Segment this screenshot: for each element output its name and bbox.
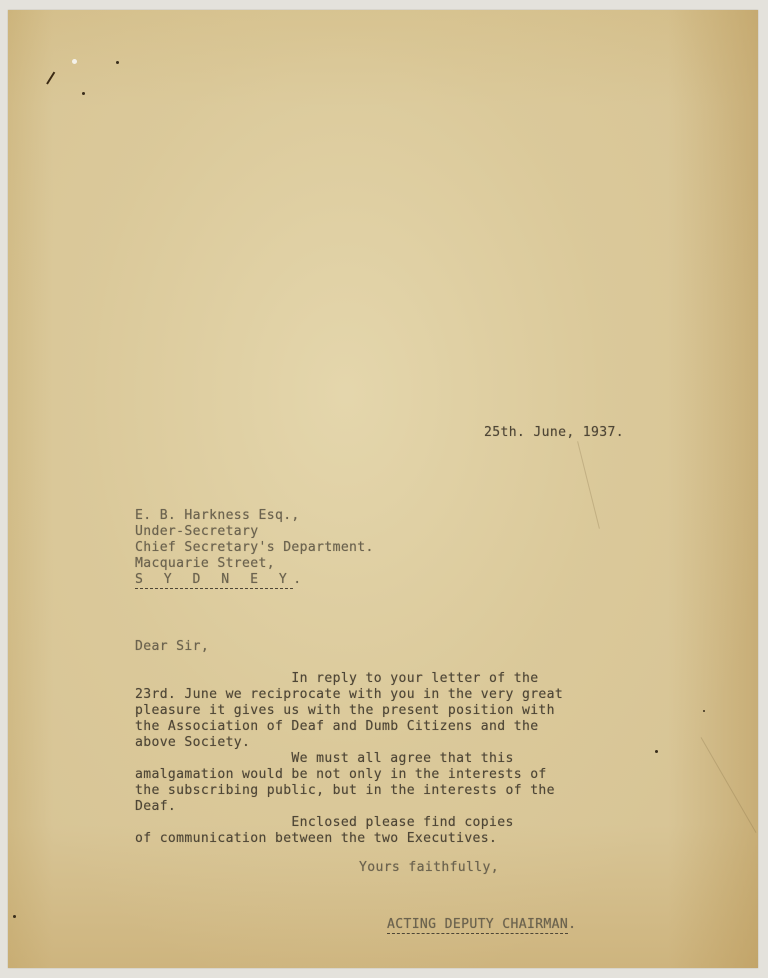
signature-period: . <box>568 917 576 932</box>
recipient-name: E. B. Harkness Esq., <box>135 508 300 524</box>
body-line: Deaf. <box>135 799 176 815</box>
body-line: Enclosed please find copies <box>135 815 514 831</box>
paper-crease <box>577 441 600 529</box>
salutation: Dear Sir, <box>135 639 209 655</box>
body-line: above Society. <box>135 735 250 751</box>
recipient-city-line: S Y D N E Y. <box>135 572 301 588</box>
body-line: 23rd. June we reciprocate with you in th… <box>135 687 563 703</box>
stain-dot <box>82 92 85 95</box>
stain-dot <box>13 915 16 918</box>
body-line: In reply to your letter of the <box>135 671 538 687</box>
body-line: We must all agree that this <box>135 751 514 767</box>
stain-dot <box>655 750 658 753</box>
recipient-department: Chief Secretary's Department. <box>135 540 374 556</box>
recipient-city: S Y D N E Y <box>135 572 293 589</box>
signature-title: ACTING DEPUTY CHAIRMAN <box>387 917 568 934</box>
recipient-title: Under-Secretary <box>135 524 259 540</box>
stain-dot <box>116 61 119 64</box>
letter-date: 25th. June, 1937. <box>484 425 624 441</box>
paper-crease <box>701 737 757 833</box>
stain-dot <box>703 710 705 712</box>
body-line: the Association of Deaf and Dumb Citizen… <box>135 719 538 735</box>
closing: Yours faithfully, <box>359 860 499 876</box>
signature-line: ACTING DEPUTY CHAIRMAN. <box>387 917 576 933</box>
body-line: amalgamation would be not only in the in… <box>135 767 547 783</box>
letter-page: 25th. June, 1937. E. B. Harkness Esq., U… <box>8 10 758 968</box>
punch-hole <box>72 59 77 64</box>
recipient-street: Macquarie Street, <box>135 556 275 572</box>
body-line: the subscribing public, but in the inter… <box>135 783 555 799</box>
recipient-city-period: . <box>293 572 301 587</box>
body-line: pleasure it gives us with the present po… <box>135 703 555 719</box>
body-line: of communication between the two Executi… <box>135 831 497 847</box>
pin-mark <box>46 72 55 85</box>
